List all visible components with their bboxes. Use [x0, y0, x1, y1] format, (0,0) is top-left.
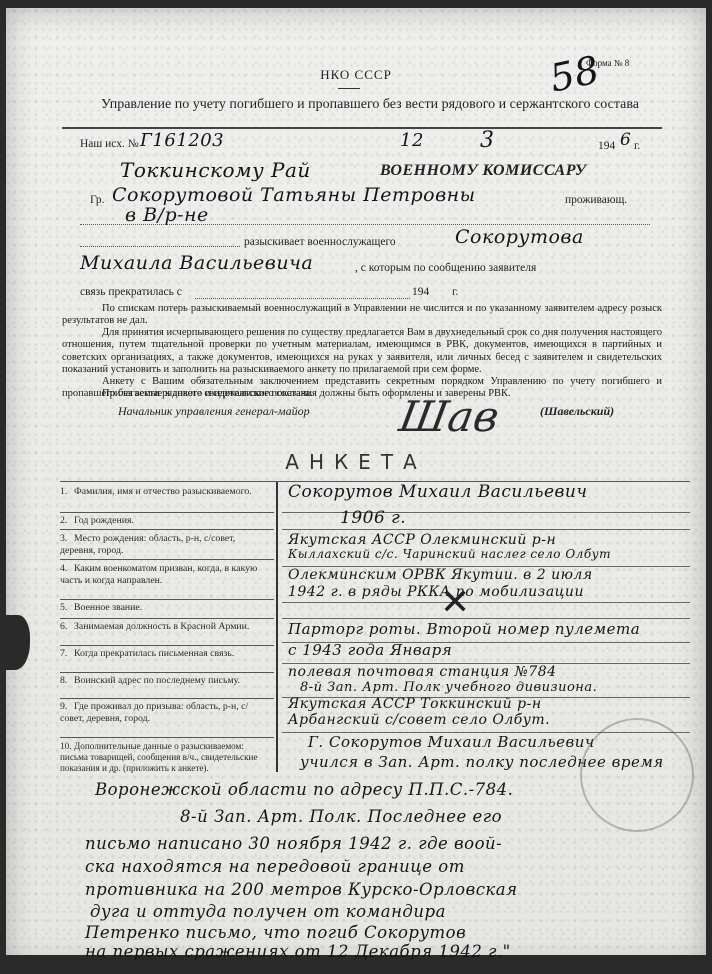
table-column-divider [276, 482, 278, 772]
body-paragraph-2: Для принятия исчерпывающего решения по с… [62, 327, 662, 376]
question-separator [60, 737, 274, 738]
continuation-line-8: на первых сражениях от 12 Декабря 1942 г… [85, 938, 695, 966]
body-paragraph-1: По спискам потерь разыскиваемый военносл… [62, 303, 662, 328]
body-paragraph-4: Прилагаемые к анкете свидетельские показ… [62, 388, 662, 400]
addressee-district: Токкинскому Рай [120, 158, 311, 182]
serviceman-name: Михаила Васильевича [80, 252, 313, 274]
applicant-name: Сокорутовой Татьяны Петровны [112, 184, 476, 206]
answer-separator [282, 618, 690, 619]
answer-6: Парторг роты. Второй номер пулемета [288, 621, 698, 638]
question-8: 8.Воинский адрес по последнему письму. [60, 675, 270, 687]
signatory-title: Начальник управления генерал-майор [118, 404, 310, 419]
continuation-line-1: Воронежской области по адресу П.П.С.-784… [95, 776, 705, 804]
answer-separator [282, 602, 690, 603]
blank-line [80, 246, 240, 247]
cross-mark: ✕ [440, 582, 470, 623]
reference-year-prefix: 194 [598, 140, 615, 152]
answer-7: с 1943 года Января [288, 642, 698, 659]
lost-contact-line [195, 298, 410, 299]
answer-8-line-2: 8-й Зап. Арт. Полк учебного дивизиона. [300, 679, 710, 696]
department-title: Управление по учету погибшего и пропавше… [80, 96, 660, 113]
residence-line [80, 224, 650, 225]
question-6: 6.Занимаемая должность в Красной Армии. [60, 621, 270, 633]
signatory-name: (Шавельский) [540, 404, 614, 419]
question-9: 9.Где проживал до призыва: область, р-н,… [60, 701, 270, 725]
reference-year-suffix: 6 [620, 130, 631, 150]
lost-contact-label: связь прекратилась с [80, 286, 182, 298]
anketa-title: АНКЕТА [0, 450, 712, 474]
question-3: 3.Место рождения: область, р-н, с/совет,… [60, 533, 270, 557]
reference-day: 12 [400, 130, 424, 151]
applicant-residence: в В/р-не [125, 204, 209, 226]
scan-border-left [0, 0, 6, 974]
residence-label: проживающ. [565, 194, 627, 206]
scan-border-top [0, 0, 712, 8]
question-2: 2.Год рождения. [60, 515, 270, 527]
reference-number: Г161203 [140, 130, 224, 151]
question-separator [60, 672, 274, 673]
question-4: 4.Каким военкоматом призван, когда, в ка… [60, 563, 270, 587]
search-after: , с которым по сообщению заявителя [355, 262, 536, 274]
answer-3-line-2: Кыллахский с/с. Чаринский наслег село Ол… [288, 546, 698, 563]
question-separator [60, 599, 274, 600]
lost-year-unit: г. [452, 286, 458, 298]
organization-title: НКО СССР [0, 67, 712, 83]
search-label: разыскивает военнослужащего [244, 236, 396, 248]
question-7: 7.Когда прекратилась письменная связь. [60, 648, 270, 660]
reference-month: 3 [480, 128, 495, 153]
question-separator [60, 559, 274, 560]
addressee-title: ВОЕННОМУ КОМИССАРУ [380, 162, 586, 180]
continuation-line-2: 8-й Зап. Арт. Полк. Последнее его [180, 803, 712, 831]
question-separator [60, 529, 274, 530]
reference-year-unit: г. [634, 140, 640, 152]
question-separator [60, 645, 274, 646]
applicant-prefix: Гр. [90, 194, 105, 206]
question-separator [60, 698, 274, 699]
answer-4-line-1: Олекминским ОРВК Якутии. в 2 июля [288, 567, 698, 584]
reference-label: Наш исх. № [80, 138, 139, 150]
answer-1: Сокорутов Михаил Васильевич [288, 484, 698, 501]
question-separator [60, 512, 274, 513]
question-10: 10.Дополнительные данные о разыскиваемом… [60, 741, 270, 774]
header-divider [62, 127, 662, 129]
question-5: 5.Военное звание. [60, 602, 270, 614]
question-separator [60, 618, 274, 619]
torn-corner [0, 615, 30, 670]
answer-2: 1906 г. [340, 510, 712, 527]
answer-separator [282, 529, 690, 530]
question-1: 1.Фамилия, имя и отчество разыскиваемого… [60, 486, 270, 498]
signature: Шав [396, 392, 504, 441]
header-rule [338, 88, 360, 89]
lost-year: 194 [412, 286, 429, 298]
answer-4-line-2: 1942 г. в ряды РККА по мобилизации [288, 584, 698, 601]
serviceman-surname: Сокорутова [455, 226, 584, 248]
anketa-table: 1.Фамилия, имя и отчество разыскиваемого… [60, 481, 690, 772]
answer-9-line-1: Якутская АССР Токкинский р-н [288, 696, 698, 713]
